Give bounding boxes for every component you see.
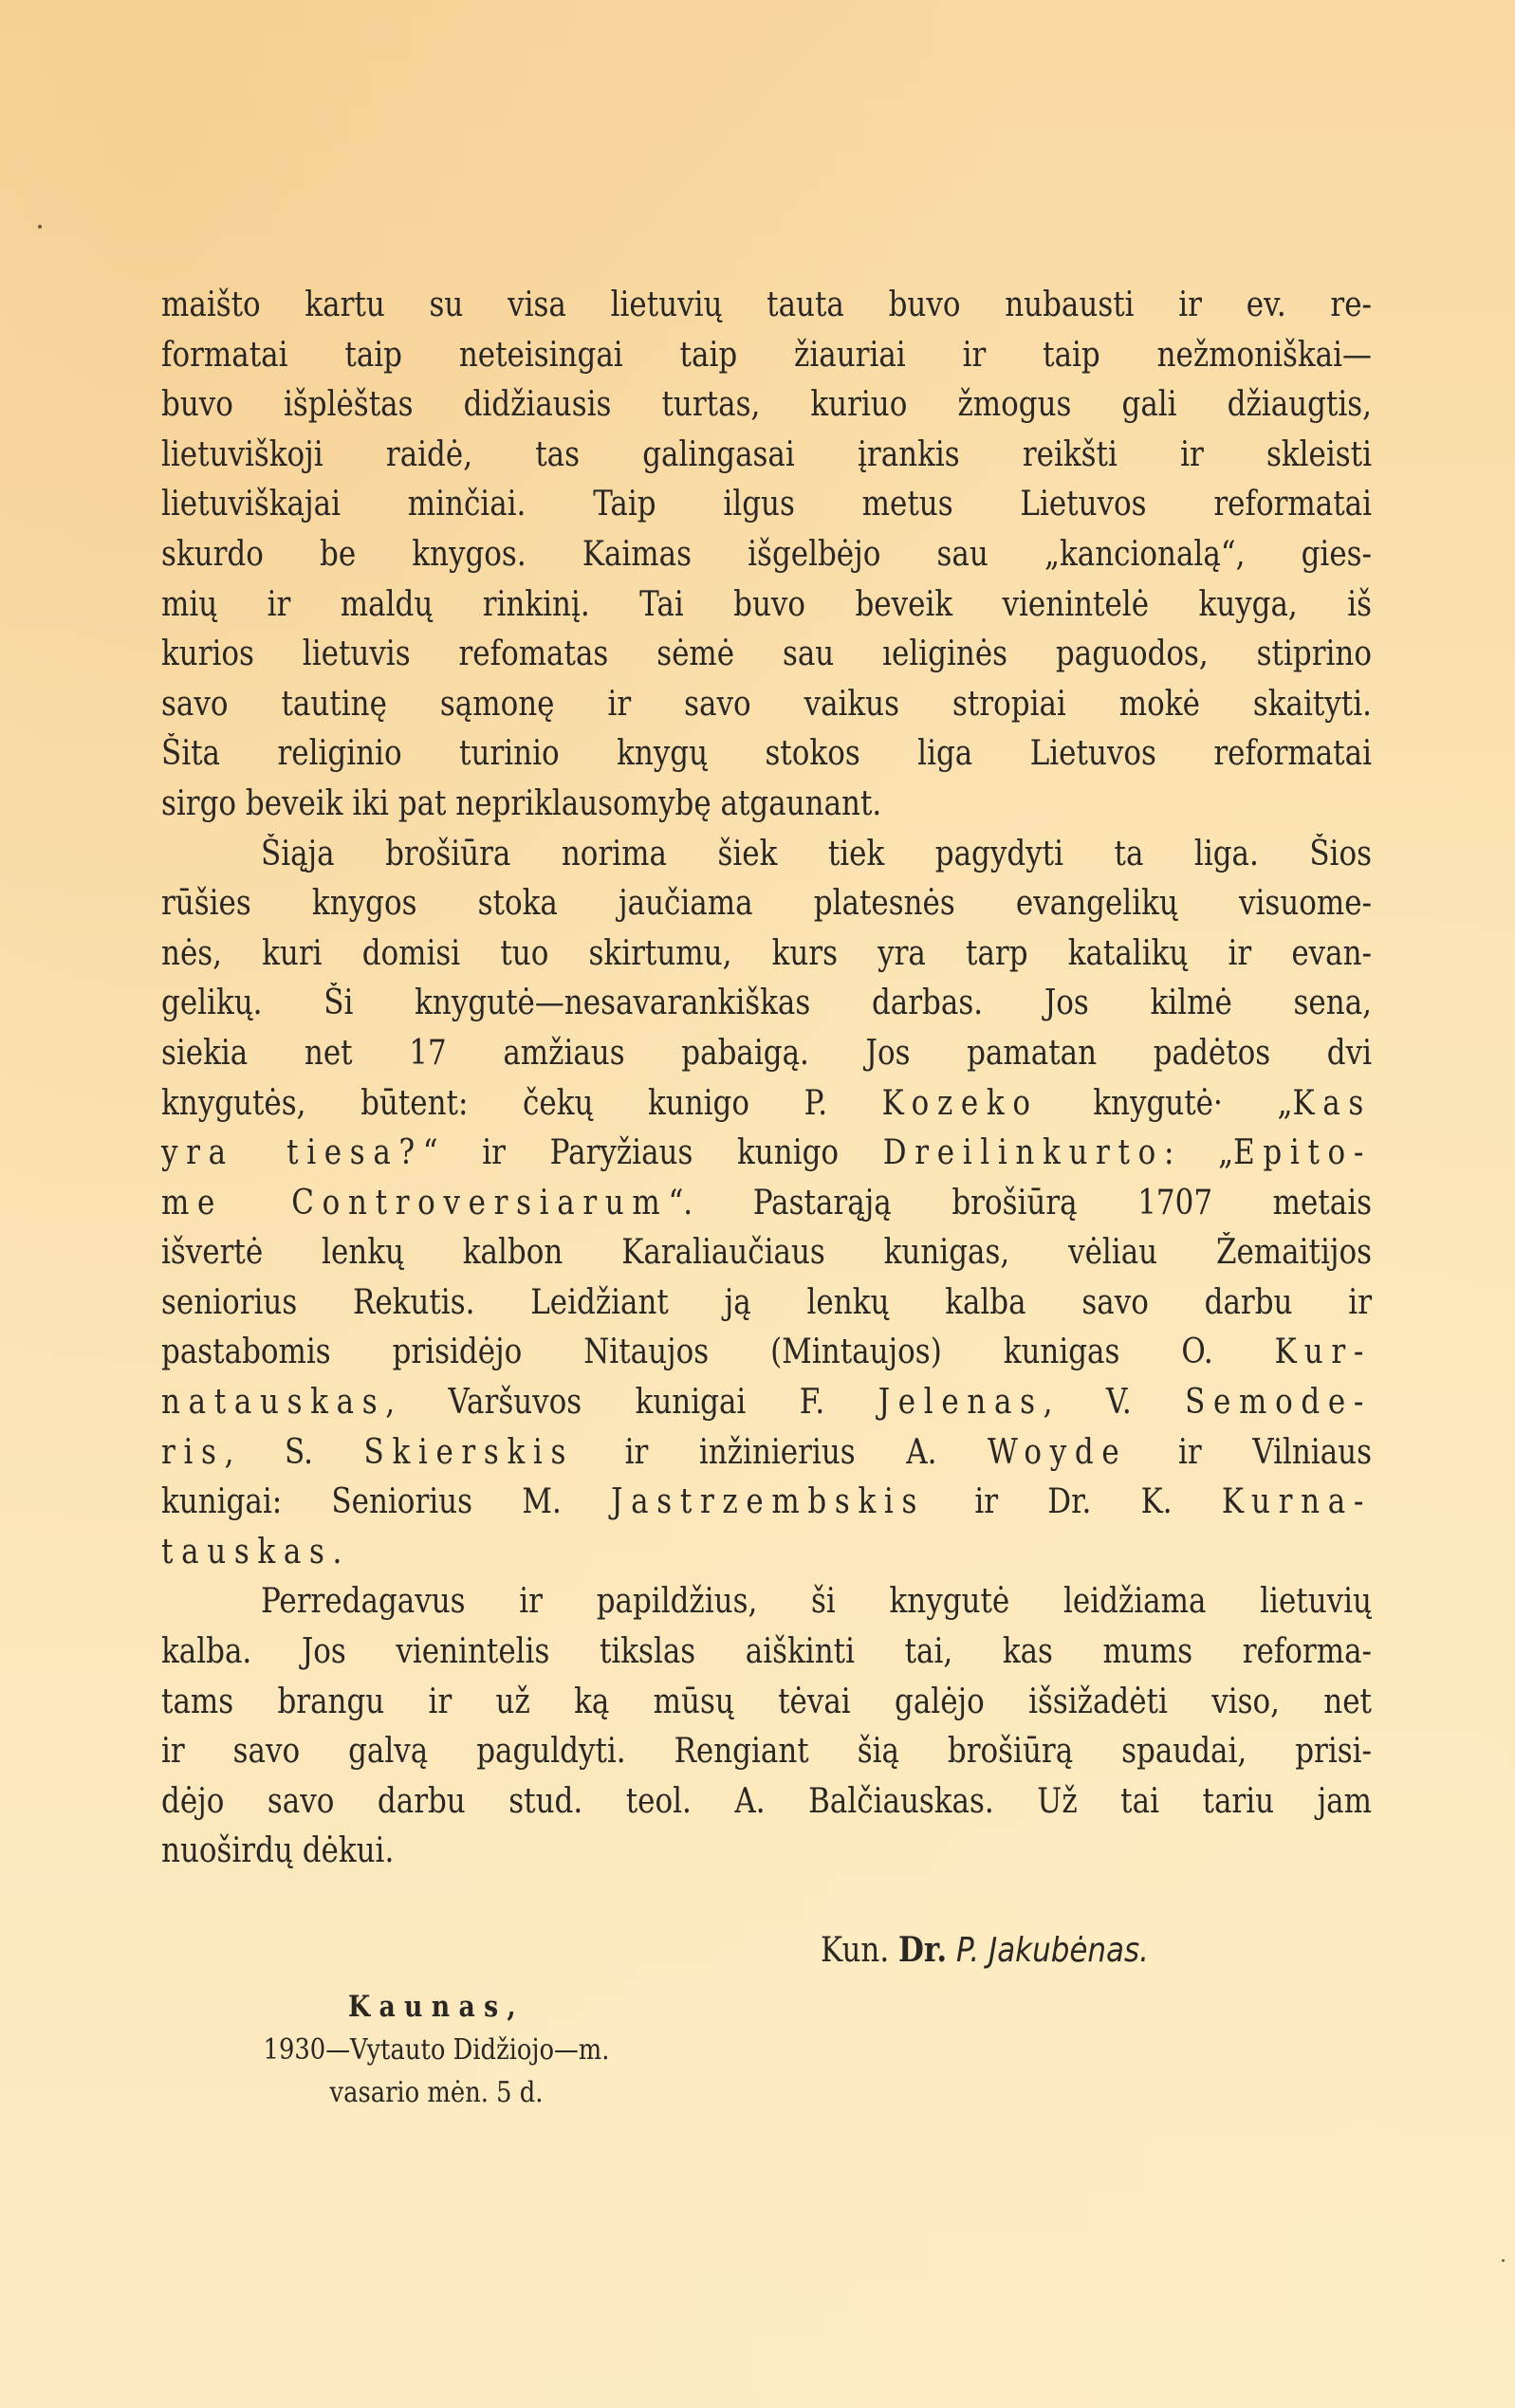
- spaced-emphasis: Dreilinkurto: [883, 1133, 1164, 1172]
- text-line: seniorius Rekutis. Leidžiant ją lenkų ka…: [161, 1278, 1372, 1329]
- text-line: nuoširdų dėkui.: [161, 1827, 1372, 1877]
- text-line: me Controversiarum“. Pastarąją brošiūrą …: [161, 1179, 1372, 1229]
- spaced-emphasis: Semode-: [1185, 1383, 1372, 1422]
- text-line: kunigai: Seniorius M. Jastrzembskis ir D…: [161, 1478, 1372, 1528]
- footer-date-line-1: 1930—Vytauto Didžiojo—m.: [249, 2029, 624, 2071]
- text-line: lietuviškoji raidė, tas galingasai įrank…: [161, 431, 1372, 481]
- text-line: gelikų. Ši knygutė—nesavarankiškas darba…: [161, 979, 1372, 1029]
- text-line: knygutės, būtent: čekų kunigo P. Kozeko …: [161, 1079, 1372, 1130]
- spaced-emphasis: ris: [161, 1433, 225, 1472]
- spaced-emphasis: Jastrzembskis: [611, 1482, 925, 1521]
- text-line: formatai taip neteisingai taip žiauriai …: [161, 331, 1372, 381]
- text-line: Šiąja brošiūra norima šiek tiek pagydyti…: [161, 830, 1372, 880]
- spaced-emphasis: Kurna-: [1222, 1482, 1372, 1521]
- text-line: kurios lietuvis refomatas sėmė sau ıelig…: [161, 630, 1372, 680]
- spaced-emphasis: tauskas: [161, 1533, 333, 1572]
- text-line: savo tautinę sąmonę ir savo vaikus strop…: [161, 680, 1372, 730]
- text-line: yra tiesa?“ ir Paryžiaus kunigo Dreilink…: [161, 1129, 1372, 1179]
- spaced-emphasis: Kas: [1293, 1084, 1372, 1123]
- text-line: nės, kuri domisi tuo skirtumu, kurs yra …: [161, 929, 1372, 980]
- scanned-book-page: maišto kartu su visa lietuvių tauta buvo…: [0, 0, 1515, 2408]
- spaced-emphasis: Skierskis: [364, 1433, 574, 1472]
- text-line: ir savo galvą paguldyti. Rengiant šią br…: [161, 1727, 1372, 1777]
- signature-prefix: Kun.: [821, 1931, 889, 1970]
- text-line: Šita religinio turinio knygų stokos liga…: [161, 729, 1372, 780]
- text-line: kalba. Jos vienintelis tikslas aiškinti …: [161, 1627, 1372, 1678]
- text-line: pastabomis prisidėjo Nitaujos (Mintaujos…: [161, 1328, 1372, 1378]
- text-line: sirgo beveik iki pat nepriklausomybę atg…: [161, 780, 1372, 830]
- text-line: maišto kartu su visa lietuvių tauta buvo…: [161, 281, 1372, 331]
- footer-date-line-2: vasario mėn. 5 d.: [249, 2071, 624, 2114]
- text-line: lietuviškajai minčiai. Taip ilgus metus …: [161, 480, 1372, 530]
- text-line: išvertė lenkų kalbon Karaliaučiaus kunig…: [161, 1228, 1372, 1278]
- footer-city: Kaunas,: [249, 1986, 624, 2029]
- text-line: skurdo be knygos. Kaimas išgelbėjo sau „…: [161, 530, 1372, 580]
- signature-name: P. Jakubėnas.: [956, 1931, 1149, 1970]
- signature-title: Dr.: [898, 1930, 947, 1970]
- spaced-emphasis: Kur-: [1275, 1333, 1372, 1371]
- text-line: tams brangu ir už ką mūsų tėvai galėjo i…: [161, 1678, 1372, 1728]
- paper-speck: [1502, 2259, 1505, 2262]
- text-line: Perredagavus ir papildžius, ši knygutė l…: [161, 1577, 1372, 1627]
- spaced-emphasis: Woyde: [988, 1433, 1127, 1472]
- spaced-emphasis: yra tiesa?: [161, 1133, 423, 1172]
- text-line: siekia net 17 amžiaus pabaigą. Jos pamat…: [161, 1029, 1372, 1079]
- spaced-emphasis: me Controversiarum: [161, 1184, 668, 1222]
- text-line: natauskas, Varšuvos kunigai F. Jelenas, …: [161, 1378, 1372, 1428]
- text-line: ris, S. Skierskis ir inžinierius A. Woyd…: [161, 1428, 1372, 1479]
- spaced-emphasis: Jelenas: [878, 1383, 1044, 1422]
- spaced-emphasis: Kozeko: [882, 1084, 1039, 1123]
- paper-speck: [38, 225, 42, 229]
- place-date-footer: Kaunas, 1930—Vytauto Didžiojo—m. vasario…: [218, 1986, 655, 2114]
- spaced-emphasis: natauskas: [161, 1383, 385, 1422]
- text-line: mių ir maldų rinkinį. Tai buvo beveik vi…: [161, 580, 1372, 631]
- body-text: maišto kartu su visa lietuvių tauta buvo…: [161, 281, 1372, 1877]
- text-line: dėjo savo darbu stud. teol. A. Balčiausk…: [161, 1777, 1372, 1828]
- signature: Kun. Dr. P. Jakubėnas.: [821, 1925, 1149, 1976]
- text-line: tauskas.: [161, 1528, 1372, 1578]
- spaced-emphasis: Epito-: [1233, 1133, 1372, 1172]
- text-line: rūšies knygos stoka jaučiama platesnės e…: [161, 879, 1372, 929]
- text-line: buvo išplėštas didžiausis turtas, kuriuo…: [161, 380, 1372, 431]
